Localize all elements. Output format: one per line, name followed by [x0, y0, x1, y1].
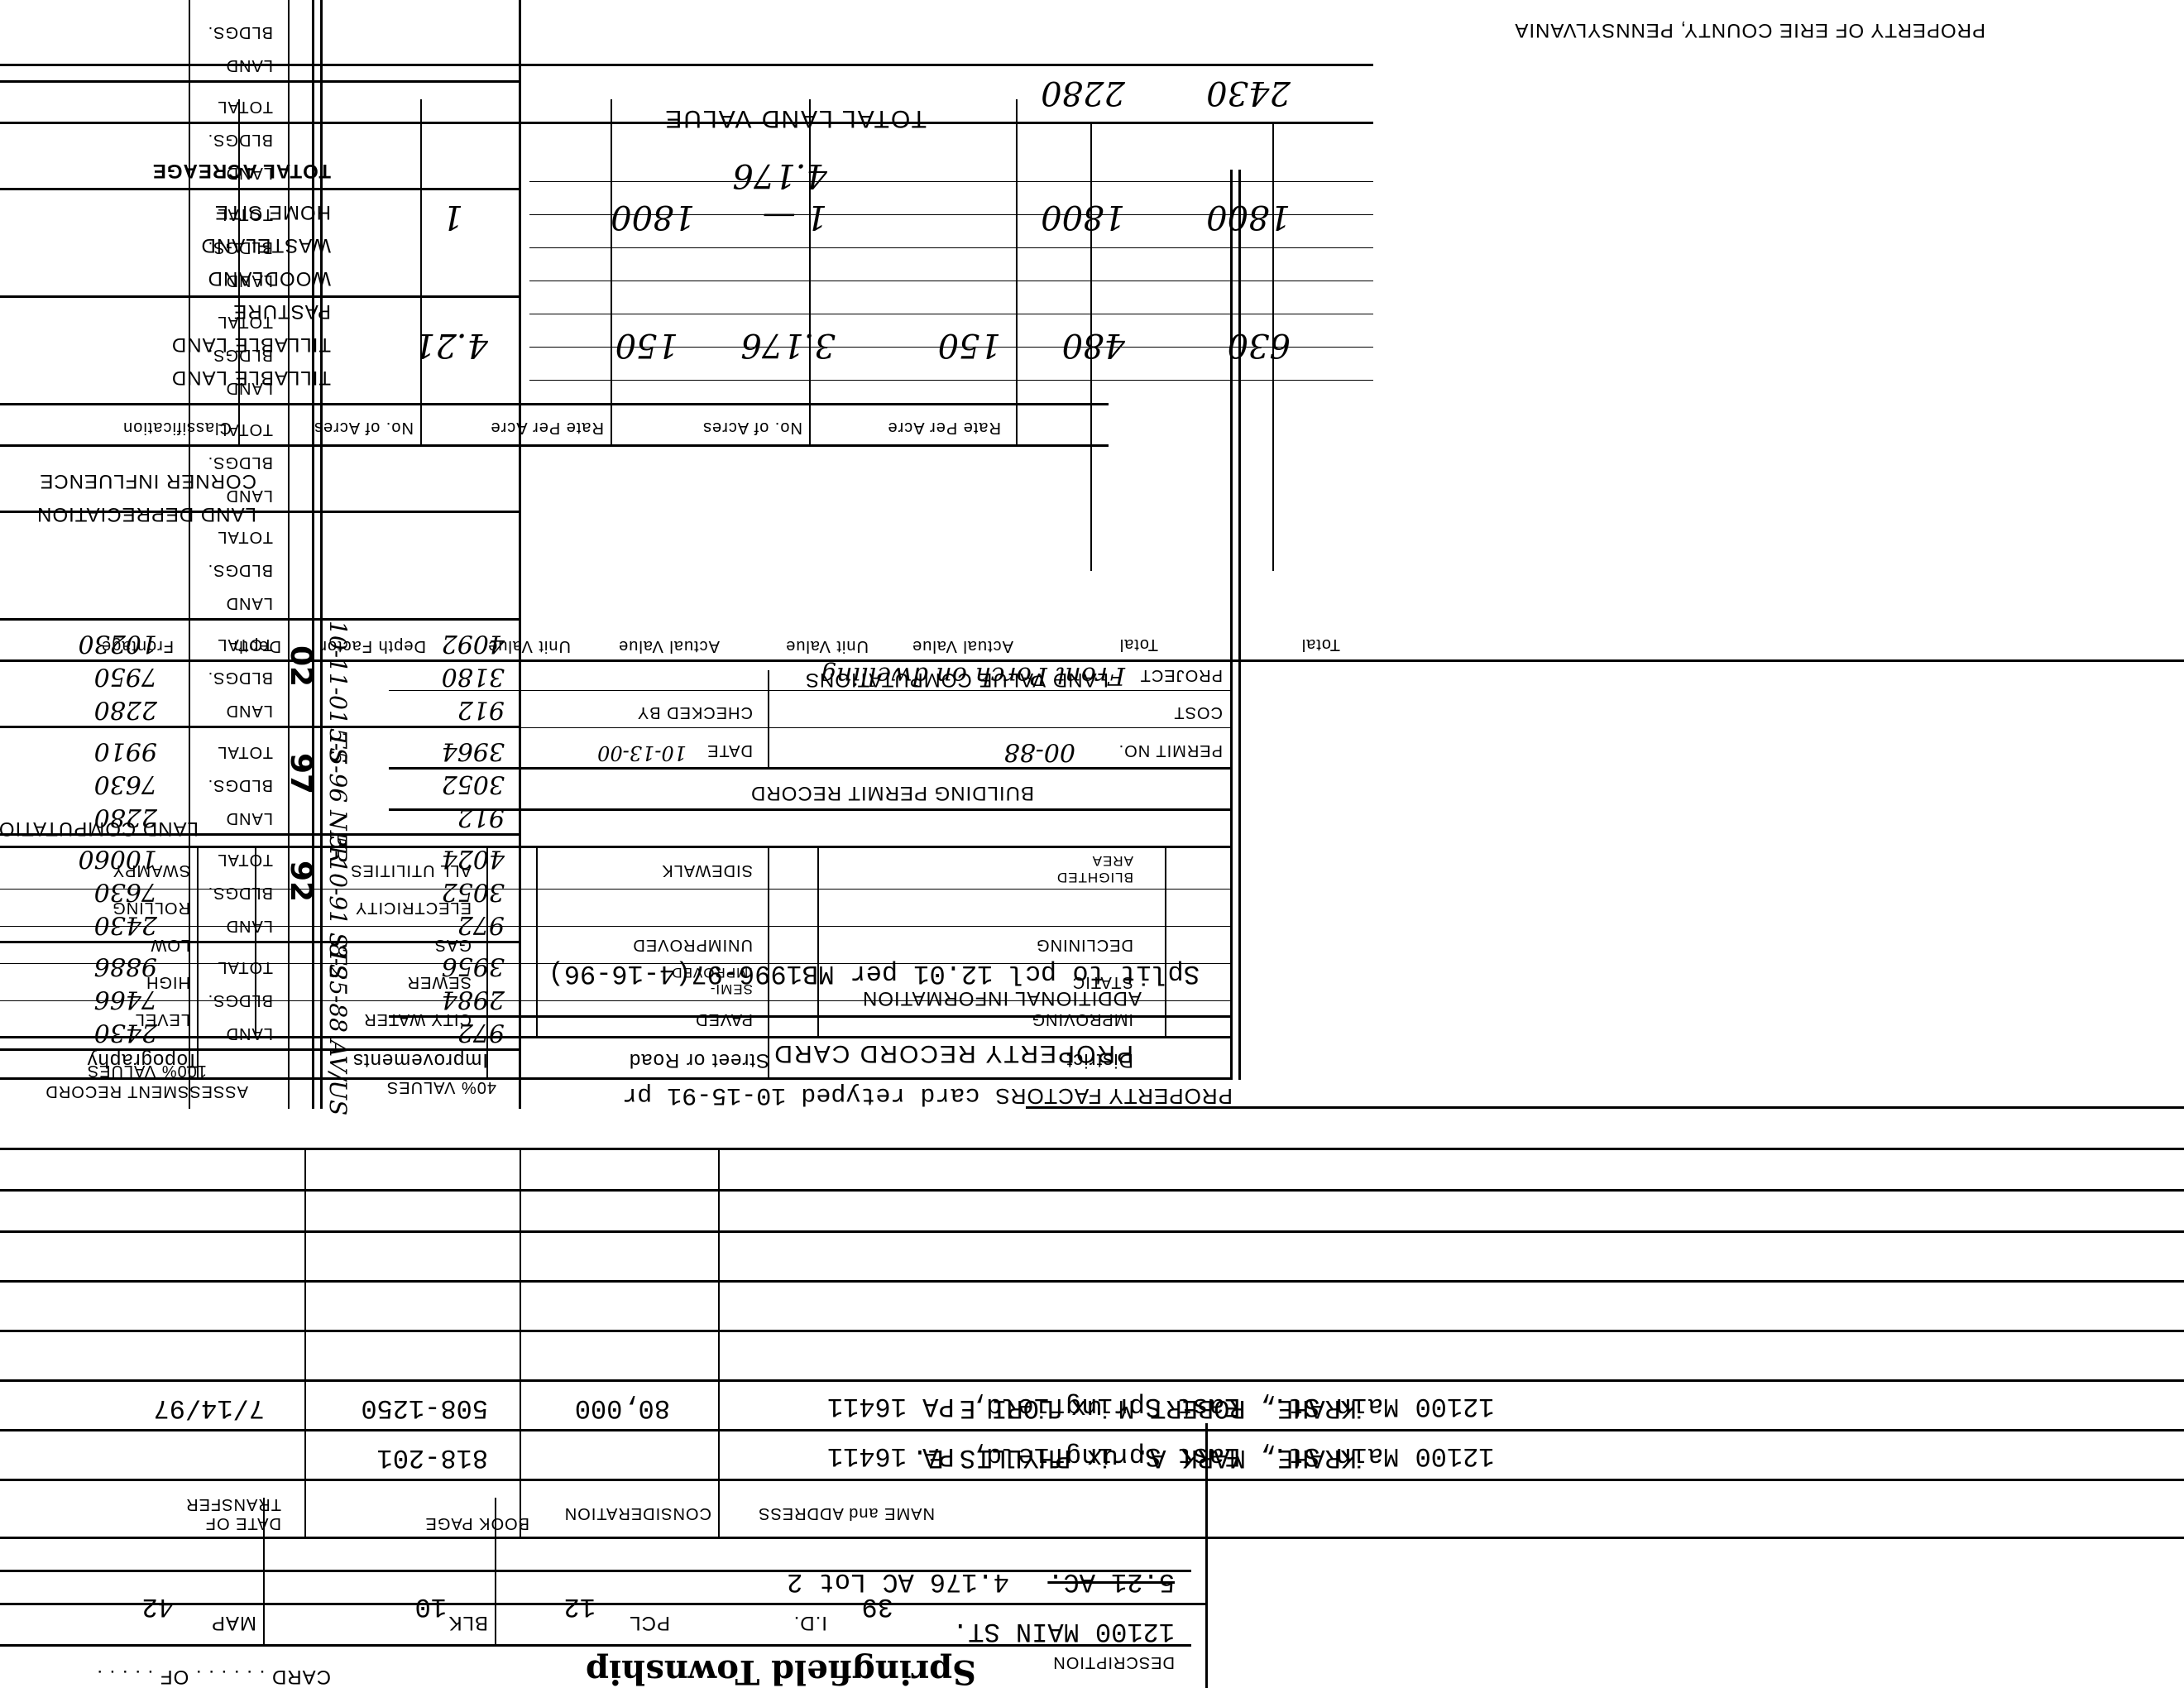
header-consideration: CONSIDERATION: [564, 1503, 711, 1523]
header-name-address: NAME and ADDRESS: [758, 1503, 935, 1523]
map-label: MAP: [211, 1611, 256, 1634]
pcl-label: PCL: [629, 1611, 670, 1634]
pcl-value: 12: [564, 1591, 596, 1622]
land-value-title: LAND VALUE COMPUTATIONS: [805, 668, 1109, 691]
divider: [0, 1603, 1208, 1605]
card-label: CARD . . . . . . OF . . . . .: [96, 1665, 331, 1688]
description-address: 12100 MAIN ST.: [952, 1616, 1175, 1647]
land-value-grid: [529, 124, 1373, 571]
divider: [0, 1537, 2184, 1539]
additional-info-text: Split to pcl 12.01 per MB1996-97(4-16-96…: [548, 958, 1200, 989]
record-card-title: PROPERTY RECORD CARD: [773, 1039, 1133, 1067]
township-name: Springfield Township: [586, 1652, 976, 1688]
id-label: I.D.: [793, 1611, 827, 1634]
property-record-card: PROPERTY OF ERIE COUNTY, PENNSYLVANIA CA…: [0, 0, 2184, 1688]
assessment-record: 40% VALUES ASSESSMENT RECORD 100% VALUES…: [0, 0, 521, 1109]
header-book-page: BOOK PAGE: [405, 1513, 529, 1532]
property-factors-note: PROPERTY FACTORS card retyped 10-15-91 p…: [622, 1081, 1233, 1109]
description-label: DESCRIPTION: [1052, 1652, 1175, 1671]
property-of-label: PROPERTY OF ERIE COUNTY, PENNSYLVANIA: [1514, 18, 1985, 41]
current-acreage: 4.176 AC Lot 2: [787, 1566, 1009, 1597]
transfer-address-2: 12100 Main St., East Springfield, PA 164…: [827, 1391, 1495, 1422]
permit-number: 00-88: [1004, 737, 1075, 766]
permit-title: BUILDING PERMIT RECORD: [750, 781, 1034, 804]
header-street: Street or Road: [629, 1048, 769, 1072]
additional-info-title: ADDITIONAL INFORMATION: [862, 986, 1142, 1009]
divider: [0, 1570, 1191, 1572]
transfer-address-1: 12100 Main St., East Springfield, PA 164…: [827, 1441, 1495, 1471]
map-value: 42: [142, 1591, 174, 1622]
header-date: DATE OF TRANSFER: [116, 1494, 281, 1532]
blk-label: BLK: [448, 1611, 488, 1634]
permit-date: 10-13-00: [597, 741, 687, 765]
old-acreage: 5.21 AC.: [1047, 1566, 1175, 1597]
blk-value: 10: [415, 1591, 447, 1622]
